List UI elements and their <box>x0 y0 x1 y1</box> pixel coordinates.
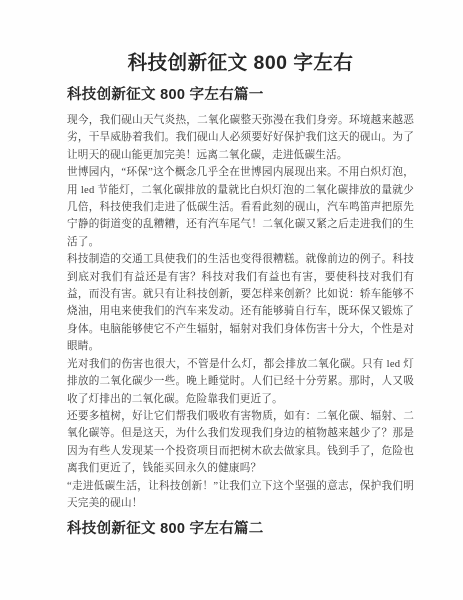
essay-paragraph: 光对我们的伤害也很大，不管是什么灯，都会排放二氧化碳。只有 led 灯排放的二氧… <box>67 356 414 408</box>
document-title: 科技创新征文 800 字左右 <box>67 50 414 76</box>
essay-one-heading: 科技创新征文 800 字左右篇一 <box>67 85 414 105</box>
essay-paragraph: 世博园内，“环保”这个概念几乎全在世博园内展现出来。不用白炽灯泡，用 led 节… <box>67 164 414 251</box>
essay-paragraph: 还要多植树，好让它们帮我们吸收有害物质，如有：二氧化碳、辐射、二氧化碳等。但是这… <box>67 408 414 478</box>
essay-two-heading: 科技创新征文 800 字左右篇二 <box>67 519 414 539</box>
essay-paragraph: 科技制造的交通工具使我们的生活也变得很糟糕。就像前边的例子。科技到底对我们有益还… <box>67 251 414 355</box>
essay-paragraph: “走进低碳生活，让科技创新！”让我们立下这个坚强的意志，保护我们明天完美的砚山！ <box>67 478 414 513</box>
essay-paragraph: 现今，我们砚山天气炎热，二氧化碳整天弥漫在我们身旁。环境越来越恶劣，干旱威胁着我… <box>67 112 414 164</box>
essay-one-body: 现今，我们砚山天气炎热，二氧化碳整天弥漫在我们身旁。环境越来越恶劣，干旱威胁着我… <box>67 112 414 512</box>
document-page: 科技创新征文 800 字左右 科技创新征文 800 字左右篇一 现今，我们砚山天… <box>0 0 463 600</box>
